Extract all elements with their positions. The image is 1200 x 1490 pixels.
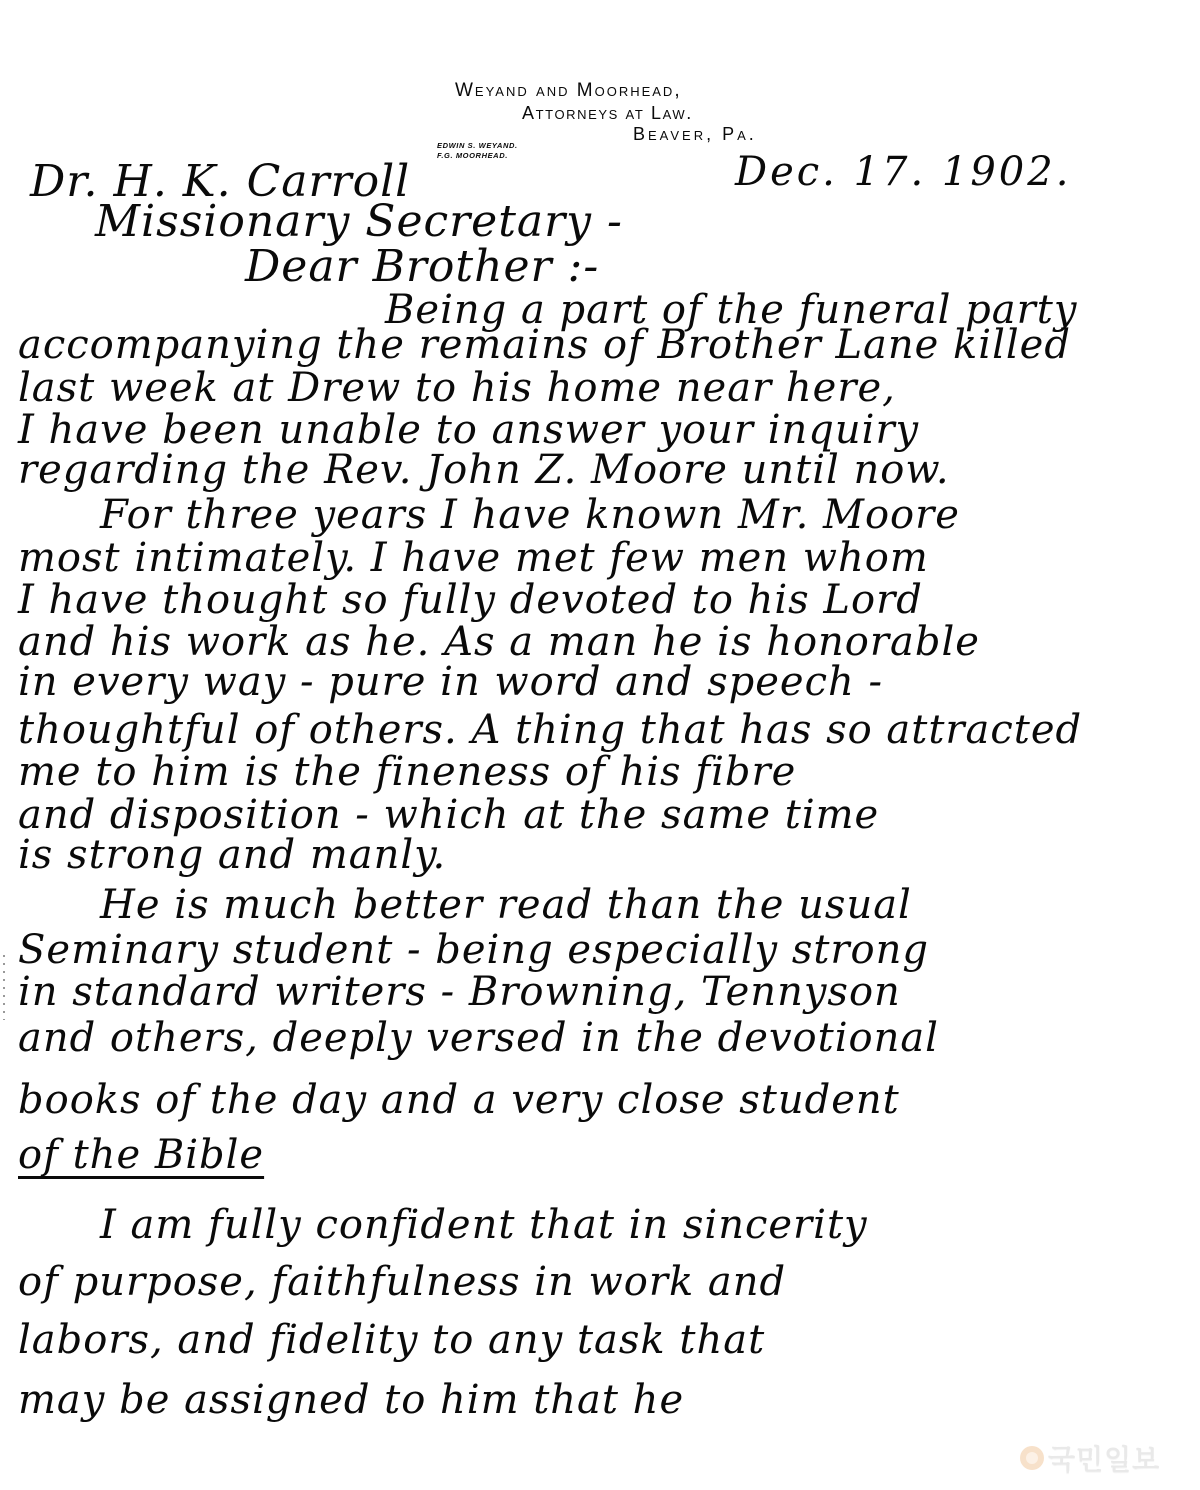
letter-line: and others, deeply versed in the devotio… — [18, 1018, 939, 1058]
letter-line: last week at Drew to his home near here, — [18, 368, 896, 408]
watermark-text: 국민일보 — [1048, 1438, 1160, 1478]
letter-line: I have thought so fully devoted to his L… — [18, 580, 923, 620]
letter-line: Seminary student - being especially stro… — [18, 930, 929, 970]
letter-line: thoughtful of others. A thing that has s… — [18, 710, 1082, 750]
letter-line: is strong and manly. — [18, 835, 446, 875]
publisher-watermark: 국민일보 — [1020, 1438, 1160, 1478]
letter-line: and his work as he. As a man he is honor… — [18, 622, 980, 662]
letter-date: Dec. 17. 1902. — [735, 152, 1071, 192]
letter-page: Weyand and Moorhead, Attorneys at Law. B… — [0, 0, 1200, 1490]
partner-name: EDWIN S. WEYAND. — [437, 141, 518, 151]
letterhead-subtitle: Attorneys at Law. — [522, 103, 693, 124]
letter-line: labors, and fidelity to any task that — [18, 1320, 765, 1360]
letter-line: He is much better read than the usual — [100, 885, 912, 925]
scan-edge-marks — [3, 955, 5, 1020]
letter-line: For three years I have known Mr. Moore — [100, 495, 960, 535]
letter-line: in standard writers - Browning, Tennyson — [18, 972, 901, 1012]
letterhead-city: Beaver, Pa. — [633, 124, 757, 145]
letter-line: I have been unable to answer your inquir… — [18, 410, 919, 450]
letter-line: may be assigned to him that he — [18, 1380, 684, 1420]
partner-name: F.G. MOORHEAD. — [437, 151, 518, 161]
publisher-logo-icon — [1020, 1446, 1044, 1470]
letter-line: accompanying the remains of Brother Lane… — [18, 325, 1071, 365]
letter-line: I am fully confident that in sincerity — [100, 1205, 868, 1245]
letter-line: in every way - pure in word and speech - — [18, 662, 883, 702]
salutation: Dear Brother :- — [245, 245, 599, 289]
letter-line: of purpose, faithfulness in work and — [18, 1262, 786, 1302]
letter-line: me to him is the fineness of his fibre — [18, 752, 796, 792]
letter-line: and disposition - which at the same time — [18, 795, 879, 835]
letter-line: books of the day and a very close studen… — [18, 1080, 900, 1120]
letter-line-underlined: of the Bible — [18, 1135, 264, 1175]
letter-line: most intimately. I have met few men whom — [18, 538, 929, 578]
letterhead-firm-name: Weyand and Moorhead, — [455, 80, 682, 102]
addressee-title: Missionary Secretary - — [95, 200, 623, 244]
letter-line: regarding the Rev. John Z. Moore until n… — [18, 450, 950, 490]
letterhead-partners: EDWIN S. WEYAND. F.G. MOORHEAD. — [437, 141, 518, 161]
